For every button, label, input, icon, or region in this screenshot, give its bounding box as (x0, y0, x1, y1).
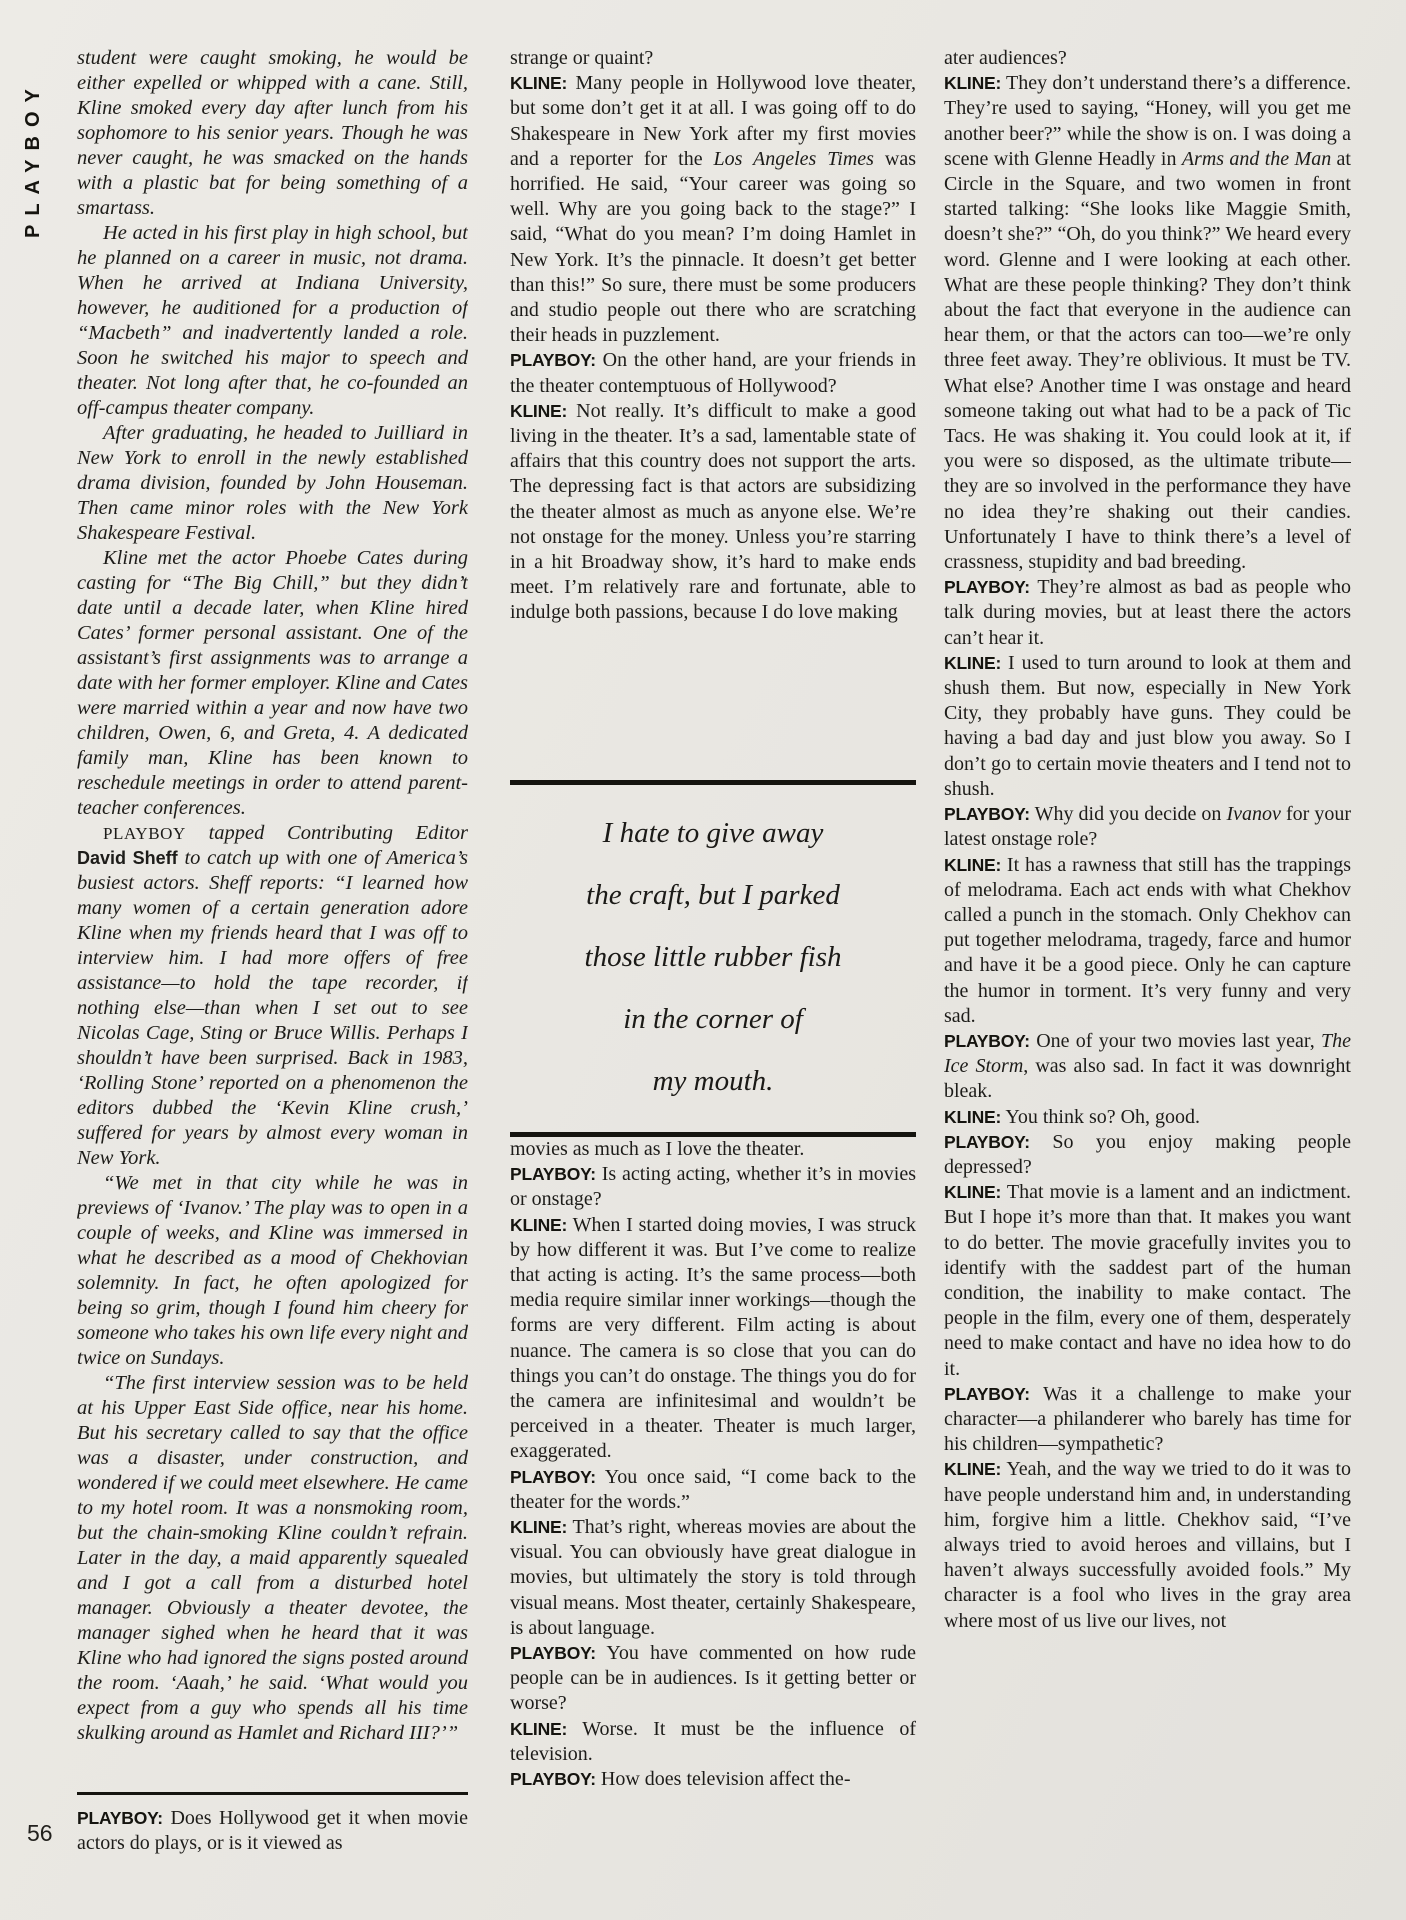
qa-paragraph: KLINE: It has a rawness that still has t… (944, 853, 1351, 1029)
body-paragraph: “We met in that city while he was in pre… (77, 1171, 468, 1371)
body-paragraph: PLAYBOY tapped Contributing Editor David… (77, 821, 468, 1171)
qa-paragraph: PLAYBOY: Was it a challenge to make your… (944, 1382, 1351, 1458)
speaker-label: KLINE: (944, 1107, 1001, 1127)
speaker-label: KLINE: (510, 1215, 567, 1235)
qa-paragraph: PLAYBOY: On the other hand, are your fri… (510, 348, 916, 398)
column-middle: strange or quaint?KLINE: Many people in … (510, 46, 916, 1878)
pull-quote: I hate to give awaythe craft, but I park… (510, 780, 916, 1137)
qa-paragraph: PLAYBOY: Is acting acting, whether it’s … (510, 1162, 916, 1212)
speaker-label: KLINE: (944, 1459, 1001, 1479)
speaker-label: PLAYBOY: (510, 350, 596, 370)
qa-paragraph: KLINE: Many people in Hollywood love the… (510, 71, 916, 348)
speaker-label: PLAYBOY: (510, 1164, 596, 1184)
speaker-label: KLINE: (510, 401, 567, 421)
qa-paragraph: PLAYBOY: One of your two movies last yea… (944, 1029, 1351, 1105)
speaker-label: KLINE: (510, 73, 567, 93)
qa-paragraph: KLINE: That’s right, whereas movies are … (510, 1515, 916, 1641)
body-paragraph: After graduating, he headed to Juilliard… (77, 421, 468, 546)
speaker-label: KLINE: (510, 1719, 567, 1739)
body-paragraph: He acted in his first play in high schoo… (77, 221, 468, 421)
qa-paragraph: KLINE: You think so? Oh, good. (944, 1105, 1351, 1130)
pull-quote-section: I hate to give awaythe craft, but I park… (510, 780, 916, 1137)
speaker-label: PLAYBOY: (944, 1031, 1030, 1051)
qa-paragraph: PLAYBOY: So you enjoy making people depr… (944, 1130, 1351, 1180)
speaker-label: PLAYBOY: (510, 1467, 596, 1487)
body-paragraph: student were caught smoking, he would be… (77, 46, 468, 221)
qa-paragraph: PLAYBOY: You have commented on how rude … (510, 1641, 916, 1717)
body-paragraph: strange or quaint? (510, 46, 916, 71)
column-left-bottom: PLAYBOY: Does Hollywood get it when movi… (77, 1792, 468, 1856)
qa-paragraph: KLINE: Worse. It must be the influence o… (510, 1717, 916, 1767)
speaker-label: PLAYBOY: (510, 1643, 596, 1663)
pull-quote-line: I hate to give away (510, 802, 916, 864)
qa-paragraph: PLAYBOY: They’re almost as bad as people… (944, 575, 1351, 651)
qa-paragraph: KLINE: When I started doing movies, I wa… (510, 1213, 916, 1465)
column-middle-lower-text: movies as much as I love the theater.PLA… (510, 1137, 916, 1792)
speaker-label: PLAYBOY: (510, 1769, 596, 1789)
pull-quote-line: those little rubber fish (510, 926, 916, 988)
qa-paragraph: PLAYBOY: Why did you decide on Ivanov fo… (944, 802, 1351, 852)
speaker-label: PLAYBOY: (944, 1132, 1030, 1152)
qa-paragraph: KLINE: They don’t understand there’s a d… (944, 71, 1351, 575)
qa-paragraph: PLAYBOY: Does Hollywood get it when movi… (77, 1806, 468, 1856)
body-paragraph: Kline met the actor Phoebe Cates during … (77, 546, 468, 821)
qa-paragraph: PLAYBOY: How does television affect the- (510, 1767, 916, 1792)
column-left-intro: student were caught smoking, he would be… (77, 46, 468, 1788)
speaker-label: PLAYBOY: (944, 577, 1030, 597)
magazine-spine-title: PLAYBOY (22, 42, 45, 238)
body-paragraph: movies as much as I love the theater. (510, 1137, 916, 1162)
speaker-label: KLINE: (944, 653, 1001, 673)
column-middle-upper-text: strange or quaint?KLINE: Many people in … (510, 46, 916, 780)
column-right: ater audiences?KLINE: They don’t underst… (944, 46, 1351, 1892)
speaker-label: KLINE: (510, 1517, 567, 1537)
qa-paragraph: KLINE: Yeah, and the way we tried to do … (944, 1457, 1351, 1633)
speaker-label: KLINE: (944, 73, 1001, 93)
body-paragraph: ater audiences? (944, 46, 1351, 71)
speaker-label: PLAYBOY: (944, 1384, 1030, 1404)
speaker-label: PLAYBOY: (77, 1808, 163, 1828)
magazine-page: PLAYBOY 56 student were caught smoking, … (0, 0, 1406, 1920)
body-paragraph: “The first interview session was to be h… (77, 1371, 468, 1746)
qa-paragraph: KLINE: Not really. It’s difficult to mak… (510, 399, 916, 626)
speaker-label: KLINE: (944, 855, 1001, 875)
speaker-label: PLAYBOY: (944, 804, 1030, 824)
qa-paragraph: PLAYBOY: You once said, “I come back to … (510, 1465, 916, 1515)
qa-paragraph: KLINE: I used to turn around to look at … (944, 651, 1351, 802)
pull-quote-line: my mouth. (510, 1050, 916, 1112)
speaker-label: KLINE: (944, 1182, 1001, 1202)
page-number: 56 (27, 1820, 53, 1847)
qa-paragraph: KLINE: That movie is a lament and an ind… (944, 1180, 1351, 1382)
pull-quote-line: in the corner of (510, 988, 916, 1050)
pull-quote-line: the craft, but I parked (510, 864, 916, 926)
